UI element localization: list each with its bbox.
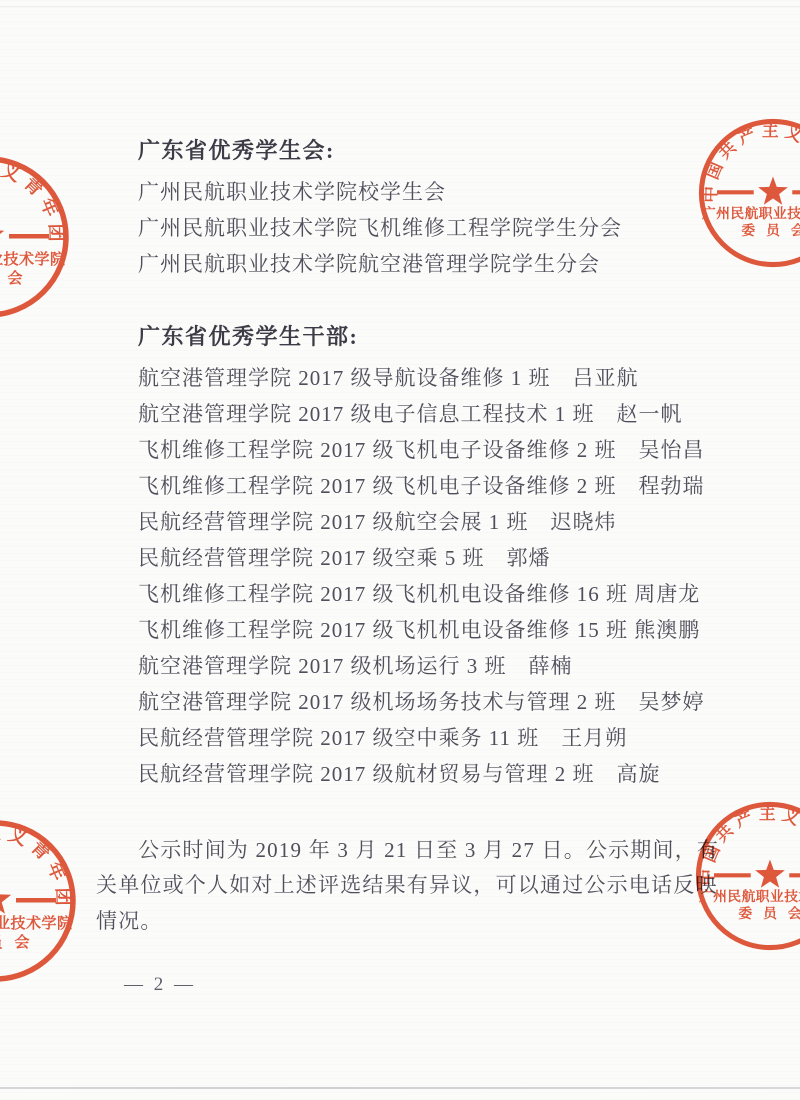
seal-right-dash <box>792 190 800 194</box>
youth-league-seal-bottom-right: 中国共产主义青年团 广州民航职业技术学院 委员会 <box>692 798 800 954</box>
seal-right-dash <box>9 234 49 239</box>
paragraph-line: 关单位或个人如对上述评选结果有异议，可以通过公示电话反映 <box>96 868 719 903</box>
seal-committee-text: 委员会 <box>738 905 800 921</box>
list-item: 飞机维修工程学院 2017 级飞机电子设备维修 2 班 程勃瑞 <box>138 468 705 504</box>
list-item: 航空港管理学院 2017 级机场运行 3 班 薛楠 <box>138 648 705 684</box>
star-icon <box>758 176 788 204</box>
section-list: 广州民航职业技术学院校学生会 广州民航职业技术学院飞机维修工程学院学生分会 广州… <box>138 174 622 282</box>
list-item: 飞机维修工程学院 2017 级飞机机电设备维修 15 班 熊澳鹏 <box>138 612 705 648</box>
seal-org-name: 广州民航职业技术学院 <box>702 205 800 221</box>
youth-league-seal-top-left: 中国共产主义青年团 广州民航职业技术学院 委员会 <box>0 152 73 322</box>
page-number: — 2 — <box>124 970 196 1000</box>
seal-left-dash <box>714 873 751 877</box>
seal-committee-text: 委员会 <box>741 222 800 238</box>
list-item: 民航经营管理学院 2017 级航材贸易与管理 2 班 高旋 <box>138 756 705 792</box>
seal-committee-text: 委员会 <box>0 933 42 951</box>
list-item: 广州民航职业技术学院飞机维修工程学院学生分会 <box>138 210 622 246</box>
star-icon <box>755 859 785 887</box>
section-heading: 广东省优秀学生会: <box>138 132 622 170</box>
seal-committee-text: 委员会 <box>0 269 35 287</box>
seal-org-name: 广州民航职业技术学院 <box>699 888 800 904</box>
section-list: 航空港管理学院 2017 级导航设备维修 1 班 吕亚航 航空港管理学院 201… <box>138 360 705 792</box>
seal-right-dash <box>789 873 800 877</box>
section-heading: 广东省优秀学生干部: <box>138 318 705 356</box>
youth-league-seal-top-right: 中国共产主义青年团 广州民航职业技术学院 委员会 <box>695 115 800 271</box>
notice-paragraph: 公示时间为 2019 年 3 月 21 日至 3 月 27 日。公示期间，有 关… <box>96 833 719 939</box>
section-student-cadres: 广东省优秀学生干部: 航空港管理学院 2017 级导航设备维修 1 班 吕亚航 … <box>138 318 705 792</box>
list-item: 航空港管理学院 2017 级机场场务技术与管理 2 班 吴梦婷 <box>138 684 705 720</box>
list-item: 航空港管理学院 2017 级导航设备维修 1 班 吕亚航 <box>138 360 705 396</box>
list-item: 航空港管理学院 2017 级电子信息工程技术 1 班 赵一帆 <box>138 396 705 432</box>
star-icon <box>0 219 4 250</box>
seal-right-dash <box>16 898 56 903</box>
list-item: 广州民航职业技术学院校学生会 <box>138 174 622 210</box>
list-item: 民航经营管理学院 2017 级空乘 5 班 郭燔 <box>138 540 705 576</box>
seal-org-name: 广州民航职业技术学院 <box>0 914 73 932</box>
list-item: 民航经营管理学院 2017 级航空会展 1 班 迟晓炜 <box>138 504 705 540</box>
youth-league-seal-bottom-left: 中国共产主义青年团 广州民航职业技术学院 委员会 <box>0 816 80 986</box>
paragraph-line: 公示时间为 2019 年 3 月 21 日至 3 月 27 日。公示期间，有 <box>96 833 719 868</box>
seal-org-name: 广州民航职业技术学院 <box>0 250 66 268</box>
star-icon <box>0 883 11 914</box>
section-student-unions: 广东省优秀学生会: 广州民航职业技术学院校学生会 广州民航职业技术学院飞机维修工… <box>138 132 622 282</box>
seal-left-dash <box>717 190 754 194</box>
scan-top-edge <box>0 6 800 7</box>
scan-bottom-edge <box>0 1087 800 1089</box>
list-item: 广州民航职业技术学院航空港管理学院学生分会 <box>138 246 622 282</box>
list-item: 民航经营管理学院 2017 级空中乘务 11 班 王月朔 <box>138 720 705 756</box>
list-item: 飞机维修工程学院 2017 级飞机电子设备维修 2 班 吴怡昌 <box>138 432 705 468</box>
list-item: 飞机维修工程学院 2017 级飞机机电设备维修 16 班 周唐龙 <box>138 576 705 612</box>
paragraph-line: 情况。 <box>96 904 719 939</box>
